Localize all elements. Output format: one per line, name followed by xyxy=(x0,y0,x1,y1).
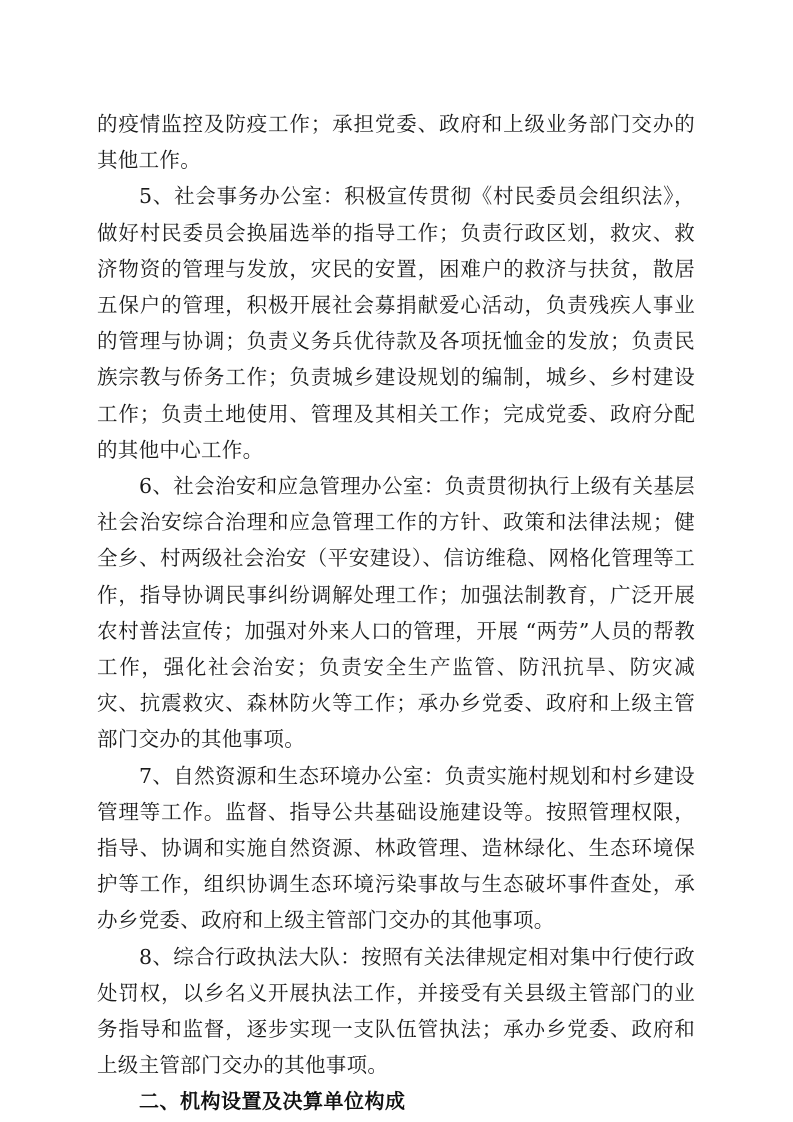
paragraph-social-affairs-office: 5、社会事务办公室：积极宣传贯彻《村民委员会组织法》，做好村民委员会换届选举的指… xyxy=(97,178,695,468)
paragraph-continuation: 的疫情监控及防疫工作；承担党委、政府和上级业务部门交办的其他工作。 xyxy=(97,106,695,178)
paragraph-natural-resources-ecology-office: 7、自然资源和生态环境办公室：负责实施村规划和村乡建设管理等工作。监督、指导公共… xyxy=(97,758,695,939)
section-heading: 二、机构设置及决算单位构成 xyxy=(97,1083,695,1119)
paragraph-administrative-law-enforcement: 8、综合行政执法大队：按照有关法律规定相对集中行使行政处罚权，以乡名义开展执法工… xyxy=(97,939,695,1084)
document-page: 的疫情监控及防疫工作；承担党委、政府和上级业务部门交办的其他工作。 5、社会事务… xyxy=(97,106,695,1120)
paragraph-public-security-emergency-office: 6、社会治安和应急管理办公室：负责贯彻执行上级有关基层社会治安综合治理和应急管理… xyxy=(97,468,695,758)
